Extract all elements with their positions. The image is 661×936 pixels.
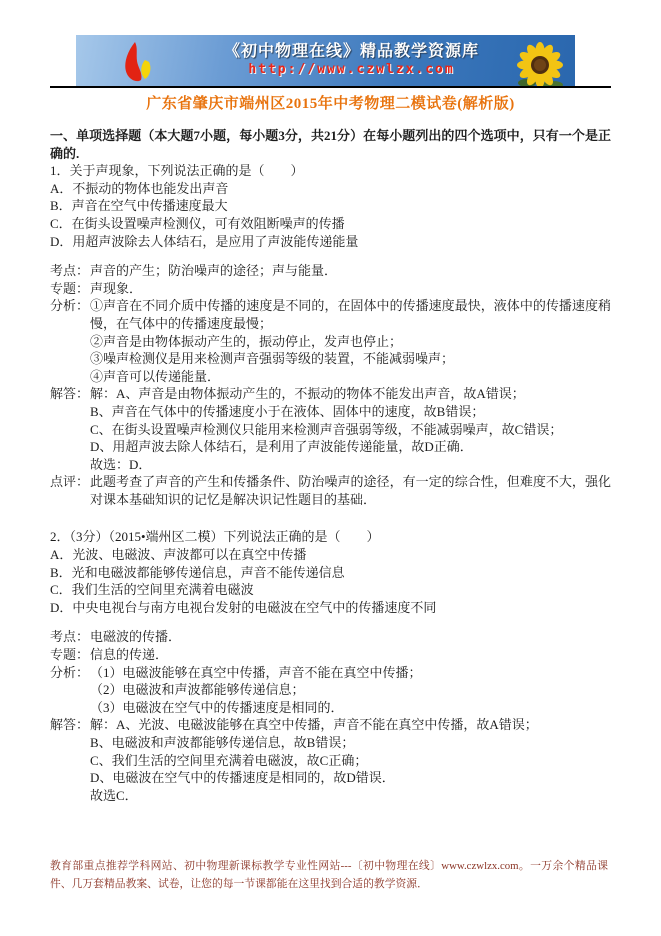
block-line: （3）电磁波在空气中的传播速度是相同的．	[90, 699, 611, 717]
question-option-a: A．不振动的物体也能发出声音	[50, 180, 611, 198]
analysis-blocks: 考点： 声音的产生；防治噪声的途径；声与能量． 专题： 声现象． 分析： ①声音…	[50, 262, 611, 508]
question-option-b: B．光和电磁波都能够传递信息，声音不能传递信息	[50, 564, 611, 582]
block-line: C、在街头设置噪声检测仪只能用来检测声音强弱等级，不能减弱噪声，故C错误；	[90, 421, 611, 439]
block-line: 此题考查了声音的产生和传播条件、防治噪声的途径，有一定的综合性，但难度不大，强化…	[90, 473, 611, 508]
block-line: 声音的产生；防治噪声的途径；声与能量．	[90, 262, 611, 280]
block-kaodian: 考点： 声音的产生；防治噪声的途径；声与能量．	[50, 262, 611, 280]
question-stem: 1．关于声现象，下列说法正确的是（ ）	[50, 162, 611, 180]
question-1: 1．关于声现象，下列说法正确的是（ ） A．不振动的物体也能发出声音 B．声音在…	[50, 162, 611, 508]
header-divider	[50, 86, 611, 88]
footer-promo-text: 教育部重点推荐学科网站、初中物理新课标教学专业性网站---〔初中物理在线〕www…	[50, 858, 608, 893]
block-label: 分析：	[50, 664, 90, 717]
block-jieda: 解答： 解：A、光波、电磁波能够在真空中传播，声音不能在真空中传播，故A错误； …	[50, 716, 611, 804]
block-label: 考点：	[50, 262, 90, 280]
question-2: 2．（3分）（2015•端州区二模）下列说法正确的是（ ） A．光波、电磁波、声…	[50, 528, 611, 804]
question-option-d: D．用超声波除去人体结石，是应用了声波能传递能量	[50, 233, 611, 251]
block-label: 点评：	[50, 473, 90, 508]
analysis-blocks: 考点： 电磁波的传播． 专题： 信息的传递． 分析： （1）电磁波能够在真空中传…	[50, 628, 611, 804]
block-line: D、用超声波去除人体结石，是利用了声波能传递能量，故D正确．	[90, 438, 611, 456]
block-line: （1）电磁波能够在真空中传播，声音不能在真空中传播；	[90, 664, 611, 682]
question-option-c: C．在街头设置噪声检测仪，可有效阻断噪声的传播	[50, 215, 611, 233]
block-kaodian: 考点： 电磁波的传播．	[50, 628, 611, 646]
question-stem: 2．（3分）（2015•端州区二模）下列说法正确的是（ ）	[50, 528, 611, 546]
block-zhuanti: 专题： 声现象．	[50, 280, 611, 298]
question-option-a: A．光波、电磁波、声波都可以在真空中传播	[50, 546, 611, 564]
block-line: 声现象．	[90, 280, 611, 298]
block-line: （2）电磁波和声波都能够传递信息；	[90, 681, 611, 699]
banner-site-url: http://www.czwlzx.com	[206, 62, 497, 77]
block-label: 分析：	[50, 297, 90, 385]
block-zhuanti: 专题： 信息的传递．	[50, 646, 611, 664]
block-dianping: 点评： 此题考查了声音的产生和传播条件、防治噪声的途径，有一定的综合性，但难度不…	[50, 473, 611, 508]
block-line: ②声音是由物体振动产生的，振动停止，发声也停止；	[90, 333, 611, 351]
block-line: ③噪声检测仪是用来检测声音强弱等级的装置，不能减弱噪声；	[90, 350, 611, 368]
block-line: 故选：D．	[90, 456, 611, 474]
question-option-c: C．我们生活的空间里充满着电磁波	[50, 581, 611, 599]
block-line: ①声音在不同介质中传播的速度是不同的，在固体中的传播速度最快，液体中的传播速度稍…	[90, 297, 611, 332]
block-line: 解：A、光波、电磁波能够在真空中传播，声音不能在真空中传播，故A错误；	[90, 716, 611, 734]
banner-site-title: 《初中物理在线》精品教学资源库	[206, 38, 497, 61]
question-option-d: D．中央电视台与南方电视台发射的电磁波在空气中的传播速度不同	[50, 599, 611, 617]
banner-text-group: 《初中物理在线》精品教学资源库 http://www.czwlzx.com	[206, 38, 497, 77]
block-label: 解答：	[50, 385, 90, 473]
site-logo-flame-icon	[118, 40, 158, 84]
block-label: 考点：	[50, 628, 90, 646]
block-fenxi: 分析： （1）电磁波能够在真空中传播，声音不能在真空中传播； （2）电磁波和声波…	[50, 664, 611, 717]
block-line: 解：A、声音是由物体振动产生的，不振动的物体不能发出声音，故A错误；	[90, 385, 611, 403]
block-label: 专题：	[50, 646, 90, 664]
block-jieda: 解答： 解：A、声音是由物体振动产生的，不振动的物体不能发出声音，故A错误； B…	[50, 385, 611, 473]
block-line: D、电磁波在空气中的传播速度是相同的，故D错误．	[90, 769, 611, 787]
document-content: 一、单项选择题（本大题7小题，每小题3分，共21分）在每小题列出的四个选项中，只…	[50, 127, 611, 804]
block-line: B、电磁波和声波都能够传递信息，故B错误；	[90, 734, 611, 752]
question-option-b: B．声音在空气中传播速度最大	[50, 197, 611, 215]
document-page: 《初中物理在线》精品教学资源库 http://www.czwlzx.com	[0, 0, 661, 936]
block-line: B、声音在气体中的传播速度小于在液体、固体中的速度，故B错误；	[90, 403, 611, 421]
block-line: C、我们生活的空间里充满着电磁波，故C正确；	[90, 752, 611, 770]
sunflower-icon	[513, 41, 571, 87]
block-line: 信息的传递．	[90, 646, 611, 664]
document-title: 广东省肇庆市端州区2015年中考物理二模试卷(解析版)	[0, 92, 661, 113]
block-label: 专题：	[50, 280, 90, 298]
block-line: 故选C．	[90, 787, 611, 805]
block-line: ④声音可以传递能量．	[90, 368, 611, 386]
header-banner: 《初中物理在线》精品教学资源库 http://www.czwlzx.com	[76, 35, 575, 87]
block-fenxi: 分析： ①声音在不同介质中传播的速度是不同的，在固体中的传播速度最快，液体中的传…	[50, 297, 611, 385]
block-line: 电磁波的传播．	[90, 628, 611, 646]
block-label: 解答：	[50, 716, 90, 804]
section-heading: 一、单项选择题（本大题7小题，每小题3分，共21分）在每小题列出的四个选项中，只…	[50, 127, 611, 162]
